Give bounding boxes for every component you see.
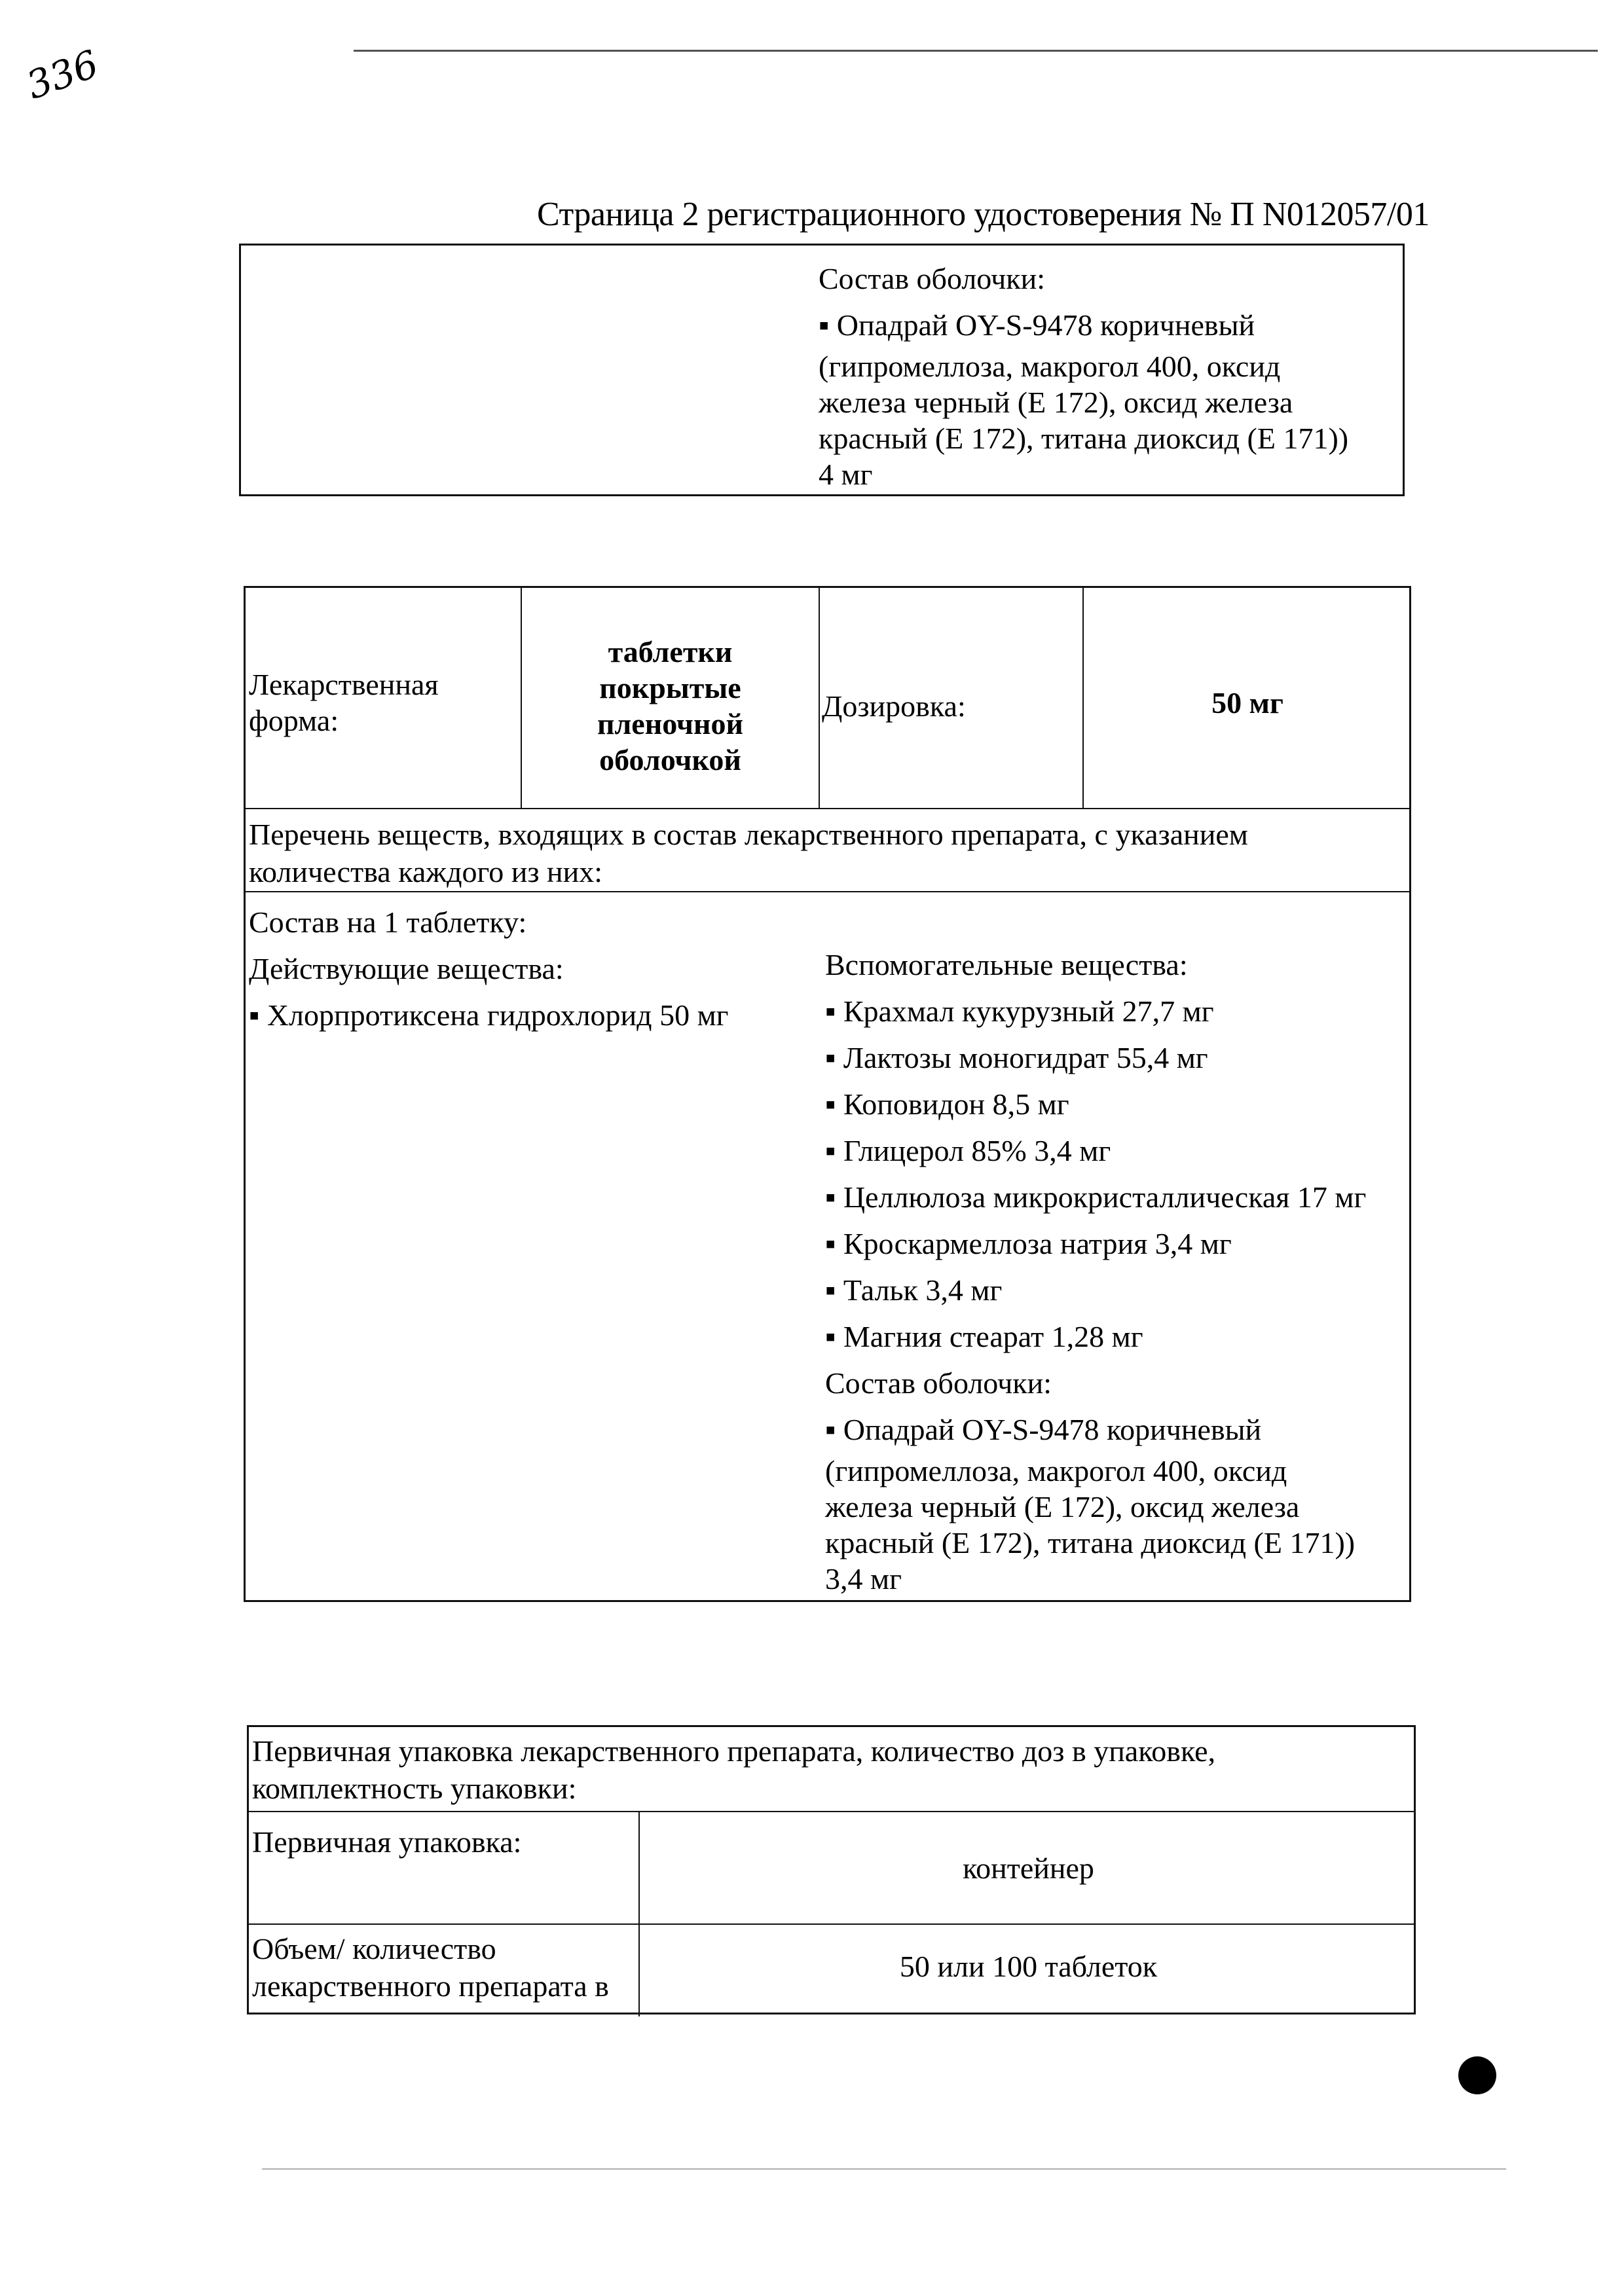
- heading-line: Первичная упаковка лекарственного препар…: [252, 1732, 1215, 1770]
- excipient-item: Лактозы моногидрат 55,4 мг: [825, 1034, 1408, 1081]
- primary-packaging-value: контейнер: [640, 1845, 1416, 1891]
- form-value-line: покрытые: [522, 670, 819, 706]
- coating-line: ▪ Опадрай OY-S-9478 коричневый: [825, 1406, 1408, 1453]
- form-label-text: Лекарственная форма:: [249, 668, 439, 737]
- scan-artifact-bottom-line: [262, 2168, 1506, 2170]
- divider: [246, 891, 1409, 892]
- coating-line: железа черный (Е 172), оксид железа: [825, 1489, 1408, 1525]
- form-value: таблетки покрытые пленочной оболочкой: [522, 634, 819, 778]
- excipient-item: Коповидон 8,5 мг: [825, 1081, 1408, 1127]
- packaging-table: Первичная упаковка лекарственного препар…: [247, 1725, 1416, 2014]
- divider: [249, 1923, 1414, 1925]
- excipient-item: Кроскармеллоза натрия 3,4 мг: [825, 1220, 1408, 1267]
- coating-line: железа черный (Е 172), оксид железа: [819, 384, 1395, 420]
- volume-label-line: Объем/ количество: [252, 1930, 609, 1967]
- coating-continuation-table: Состав оболочки: ▪ Опадрай OY-S-9478 кор…: [239, 244, 1405, 496]
- page-header: Страница 2 регистрационного удостоверени…: [537, 195, 1430, 234]
- excipient-item: Магния стеарат 1,28 мг: [825, 1313, 1408, 1360]
- active-title: Действующие вещества:: [249, 945, 812, 992]
- substances-heading: Перечень веществ, входящих в состав лека…: [249, 816, 1248, 890]
- active-item: Хлорпротиксена гидрохлорид 50 мг: [249, 992, 812, 1038]
- coating-title: Состав оболочки:: [825, 1360, 1408, 1406]
- coating-line: красный (Е 172), титана диоксид (Е 171)): [819, 420, 1395, 456]
- divider: [819, 588, 820, 809]
- divider: [249, 1811, 1414, 1812]
- coating-line: (гипромеллоза, макрогол 400, оксид: [819, 348, 1395, 384]
- form-label: Лекарственная форма:: [249, 666, 511, 738]
- scan-artifact-top-line: [354, 50, 1598, 52]
- per-tablet-label: Состав на 1 таблетку:: [249, 899, 812, 945]
- coating-line: 4 мг: [819, 456, 1395, 492]
- heading-line: Перечень веществ, входящих в состав лека…: [249, 816, 1248, 853]
- heading-line: комплектность упаковки:: [252, 1770, 1215, 1807]
- coating-composition: Состав оболочки: ▪ Опадрай OY-S-9478 кор…: [819, 255, 1395, 492]
- dosage-value: 50 мг: [1084, 680, 1411, 726]
- volume-value: 50 или 100 таблеток: [640, 1943, 1416, 1990]
- coating-line: ▪ Опадрай OY-S-9478 коричневый: [819, 302, 1395, 348]
- heading-line: количества каждого из них:: [249, 853, 1248, 890]
- excipient-item: Глицерол 85% 3,4 мг: [825, 1127, 1408, 1174]
- excipients-title: Вспомогательные вещества:: [825, 941, 1408, 988]
- divider: [246, 808, 1409, 809]
- volume-label: Объем/ количество лекарственного препара…: [252, 1930, 609, 2005]
- packaging-heading: Первичная упаковка лекарственного препар…: [252, 1732, 1215, 1807]
- dosage-label: Дозировка:: [822, 683, 966, 729]
- form-value-line: оболочкой: [522, 742, 819, 778]
- form-value-line: пленочной: [522, 706, 819, 742]
- form-value-line: таблетки: [522, 634, 819, 670]
- volume-label-line: лекарственного препарата в: [252, 1967, 609, 2005]
- primary-packaging-label: Первичная упаковка:: [252, 1819, 521, 1865]
- coating-line: (гипромеллоза, макрогол 400, оксид: [825, 1453, 1408, 1489]
- excipients: Вспомогательные вещества: Крахмал кукуру…: [825, 941, 1408, 1597]
- excipient-item: Целлюлоза микрокристаллическая 17 мг: [825, 1174, 1408, 1220]
- scan-dot-mark: [1458, 2056, 1496, 2094]
- excipient-item: Крахмал кукурузный 27,7 мг: [825, 988, 1408, 1034]
- excipient-item: Тальк 3,4 мг: [825, 1267, 1408, 1313]
- coating-line: красный (Е 172), титана диоксид (Е 171)): [825, 1525, 1408, 1561]
- divider: [638, 1811, 640, 2016]
- margin-page-number: 336: [21, 41, 104, 108]
- composition-table: Лекарственная форма: таблетки покрытые п…: [244, 586, 1411, 1602]
- active-substances: Состав на 1 таблетку: Действующие вещест…: [249, 899, 812, 1038]
- coating-line: 3,4 мг: [825, 1561, 1408, 1597]
- coating-title: Состав оболочки:: [819, 255, 1395, 302]
